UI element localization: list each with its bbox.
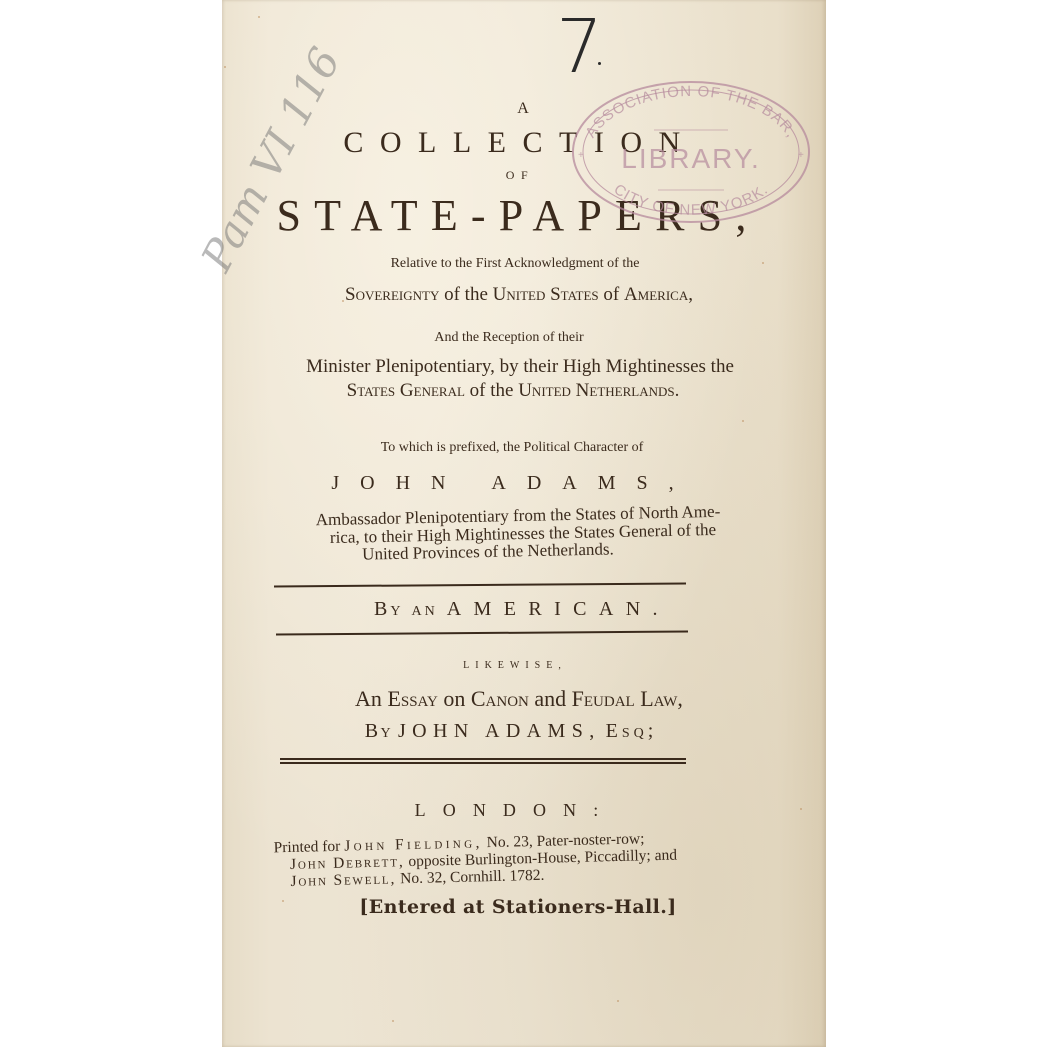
essay-canon: Canon [471, 686, 529, 711]
paper-speck [392, 1020, 394, 1022]
likewise-name: JOHN ADAMS, [398, 720, 601, 742]
paper-speck [258, 16, 260, 18]
essay-title: Essay [387, 686, 437, 711]
library-stamp: ASSOCIATION OF THE BAR, LIBRARY. CITY OF… [566, 76, 816, 226]
subtitle-sovereignty: Sovereignty [345, 284, 439, 305]
subtitle-line-2: Sovereignty of the United States of Amer… [212, 284, 826, 306]
author-line: By an AMERICAN. [218, 598, 826, 621]
imprint-text: No. 32, Cornhill. 1782. [396, 867, 544, 888]
svg-text:ASSOCIATION OF THE BAR,: ASSOCIATION OF THE BAR, [582, 83, 800, 141]
stamp-center-text: LIBRARY. [621, 143, 760, 174]
paper-speck [224, 66, 226, 68]
prefix-line-1: To which is prefixed, the Political Char… [198, 440, 826, 456]
paper-speck [742, 420, 744, 422]
rule-double [280, 758, 686, 764]
imprint-city: LONDON: [204, 800, 826, 821]
essay-text: An [355, 686, 387, 711]
rule-bottom [276, 631, 688, 636]
stamp-top-text: ASSOCIATION OF THE BAR, [582, 83, 800, 141]
author-american: AMERICAN. [447, 598, 670, 620]
author-by-an: By an [374, 598, 438, 620]
likewise-label: LIKEWISE, [204, 660, 826, 671]
likewise-esq: Esq; [606, 720, 658, 742]
likewise-by: By [365, 720, 393, 742]
likewise-essay: An Essay on Canon and Feudal Law, [212, 686, 826, 712]
subtitle-text: of the [465, 380, 518, 401]
subtitle-united-states: United States [493, 284, 599, 305]
subtitle-line-5: States General of the United Netherlands… [200, 380, 826, 402]
prefix-name: JOHN ADAMS, [200, 472, 826, 495]
likewise-by-line: By JOHN ADAMS, Esq; [196, 720, 826, 743]
svg-text:+: + [798, 150, 804, 161]
essay-feudal-law: Feudal Law, [572, 686, 683, 711]
imprint-text: Printed for [273, 838, 344, 857]
ink-numeral: 7 [556, 10, 603, 84]
pencil-shelfmark: Pam VI 116 [235, 230, 245, 240]
subtitle-line-3: And the Reception of their [192, 330, 826, 346]
imprint-printer-name: John Sewell, [290, 870, 396, 890]
subtitle-line-1: Relative to the First Acknowledgment of … [204, 256, 826, 272]
subtitle-text: of [599, 284, 624, 305]
subtitle-line-4: Minister Plenipotentiary, by their High … [214, 356, 826, 378]
subtitle-america: America, [624, 284, 693, 305]
imprint-block: Printed for John Fielding, No. 23, Pater… [273, 829, 714, 891]
rule-top [274, 583, 686, 588]
stamp-icon: ASSOCIATION OF THE BAR, LIBRARY. CITY OF… [566, 76, 816, 226]
svg-text:+: + [578, 150, 584, 161]
subtitle-united-netherlands: United Netherlands. [518, 380, 679, 401]
ink-dot [598, 62, 601, 65]
subtitle-states-general: States General [347, 380, 465, 401]
imprint-entered: [Entered at Stationers-Hall.] [210, 896, 826, 918]
subtitle-text: of the [439, 284, 492, 305]
essay-text: and [529, 686, 572, 711]
paper-speck [617, 1000, 619, 1002]
essay-text: on [438, 686, 471, 711]
